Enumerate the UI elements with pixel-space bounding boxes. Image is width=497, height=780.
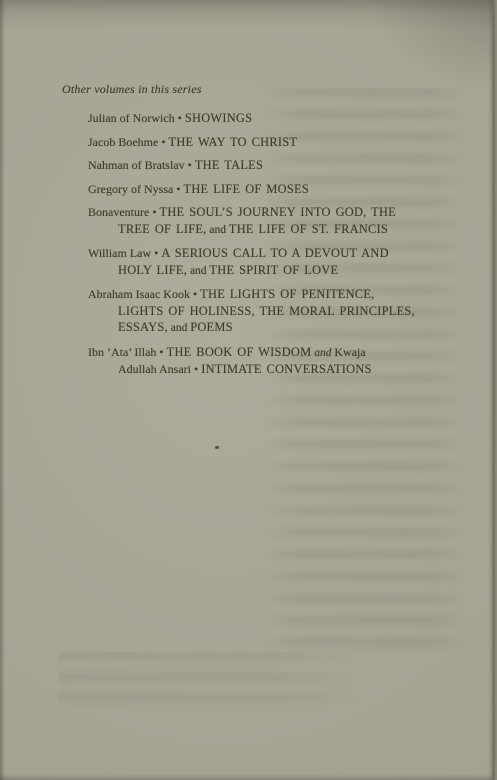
entry-line: Jacob Boehme • THE WAY TO CHRIST bbox=[88, 134, 468, 151]
series-entry: Ibn ’Ata’ Illah • THE BOOK OF WISDOM and… bbox=[88, 344, 468, 378]
entry-line: TREE OF LIFE, and THE LIFE OF ST. FRANCI… bbox=[88, 221, 468, 239]
entry-text-segment: Adullah Ansari bbox=[118, 362, 191, 376]
series-entry: Abraham Isaac Kook • THE LIGHTS OF PENIT… bbox=[88, 286, 468, 337]
entry-line: Bonaventure • THE SOUL’S JOURNEY INTO GO… bbox=[88, 204, 468, 221]
paper-speck bbox=[215, 446, 219, 449]
entry-line: LIGHTS OF HOLINESS, THE MORAL PRINCIPLES… bbox=[88, 303, 468, 320]
entry-text-segment: HOLY LIFE, bbox=[118, 263, 187, 277]
entry-text-segment: • bbox=[173, 182, 183, 196]
entry-text-segment: THE LIGHTS OF PENITENCE, bbox=[200, 287, 374, 301]
entry-line: Julian of Norwich • SHOWINGS bbox=[88, 110, 468, 127]
series-entry: Gregory of Nyssa • THE LIFE OF MOSES bbox=[88, 181, 468, 198]
series-entry: Nahman of Bratslav • THE TALES bbox=[88, 157, 468, 174]
entry-text-segment: ESSAYS, bbox=[118, 320, 168, 334]
entry-text-segment: and bbox=[311, 347, 334, 359]
entry-text-segment: THE WAY TO CHRIST bbox=[169, 135, 298, 149]
entry-text-segment: THE SPIRIT OF LOVE bbox=[209, 263, 338, 277]
entry-text-segment: • bbox=[151, 246, 161, 260]
entry-text-segment: • bbox=[149, 205, 159, 219]
entry-text-segment: Bonaventure bbox=[88, 205, 149, 219]
entry-text-segment: and bbox=[207, 224, 229, 236]
entry-text-segment: THE LIFE OF ST. FRANCIS bbox=[229, 222, 388, 236]
series-entry: Julian of Norwich • SHOWINGS bbox=[88, 110, 468, 127]
series-entry: Bonaventure • THE SOUL’S JOURNEY INTO GO… bbox=[88, 204, 468, 238]
entry-text-segment: Julian of Norwich bbox=[88, 111, 175, 125]
entry-text-segment: • bbox=[156, 345, 166, 359]
entry-text-segment: SHOWINGS bbox=[185, 111, 252, 125]
book-page: Other volumes in this series Julian of N… bbox=[0, 0, 497, 780]
entry-line: Gregory of Nyssa • THE LIFE OF MOSES bbox=[88, 181, 468, 198]
entry-text-segment: POEMS bbox=[190, 320, 233, 334]
page-corner-shadow bbox=[367, 0, 497, 90]
entry-text-segment: THE TALES bbox=[195, 158, 263, 172]
entry-text-segment: Ibn ’Ata’ Illah bbox=[88, 345, 156, 359]
page-bleedthrough-texture bbox=[58, 652, 358, 714]
entry-text-segment: Abraham Isaac Kook bbox=[88, 287, 190, 301]
entry-text-segment: A SERIOUS CALL TO A DEVOUT AND bbox=[161, 246, 388, 260]
entry-text-segment: THE LIFE OF MOSES bbox=[184, 182, 309, 196]
entry-line: Abraham Isaac Kook • THE LIGHTS OF PENIT… bbox=[88, 286, 468, 303]
entry-text-segment: • bbox=[185, 158, 195, 172]
series-heading: Other volumes in this series bbox=[62, 82, 202, 97]
entry-text-segment: Gregory of Nyssa bbox=[88, 182, 173, 196]
entry-line: Nahman of Bratslav • THE TALES bbox=[88, 157, 468, 174]
entry-line: Adullah Ansari • INTIMATE CONVERSATIONS bbox=[88, 361, 468, 378]
entry-line: William Law • A SERIOUS CALL TO A DEVOUT… bbox=[88, 245, 468, 262]
entry-text-segment: THE BOOK OF WISDOM bbox=[167, 345, 312, 359]
entry-text-segment: INTIMATE CONVERSATIONS bbox=[201, 362, 371, 376]
entry-line: ESSAYS, and POEMS bbox=[88, 319, 468, 337]
entry-text-segment: THE SOUL’S JOURNEY INTO GOD, THE bbox=[160, 205, 396, 219]
series-list: Julian of Norwich • SHOWINGSJacob Boehme… bbox=[88, 110, 468, 385]
entry-text-segment: William Law bbox=[88, 246, 151, 260]
entry-text-segment: Nahman of Bratslav bbox=[88, 158, 185, 172]
entry-text-segment: LIGHTS OF HOLINESS, THE MORAL PRINCIPLES… bbox=[118, 304, 415, 318]
series-entry: William Law • A SERIOUS CALL TO A DEVOUT… bbox=[88, 245, 468, 279]
page-edge-bottom-shadow bbox=[0, 774, 497, 780]
page-edge-right bbox=[488, 0, 497, 780]
entry-text-segment: TREE OF LIFE, bbox=[118, 222, 207, 236]
entry-text-segment: • bbox=[158, 135, 168, 149]
series-entry: Jacob Boehme • THE WAY TO CHRIST bbox=[88, 134, 468, 151]
entry-text-segment: • bbox=[191, 362, 201, 376]
entry-text-segment: Jacob Boehme bbox=[88, 135, 158, 149]
entry-text-segment: Kwaja bbox=[334, 345, 365, 359]
entry-text-segment: • bbox=[190, 287, 200, 301]
entry-line: Ibn ’Ata’ Illah • THE BOOK OF WISDOM and… bbox=[88, 344, 468, 362]
entry-text-segment: and bbox=[168, 322, 190, 334]
entry-text-segment: and bbox=[187, 265, 209, 277]
entry-text-segment: • bbox=[175, 111, 185, 125]
page-edge-left-shadow bbox=[0, 0, 5, 780]
entry-line: HOLY LIFE, and THE SPIRIT OF LOVE bbox=[88, 262, 468, 280]
